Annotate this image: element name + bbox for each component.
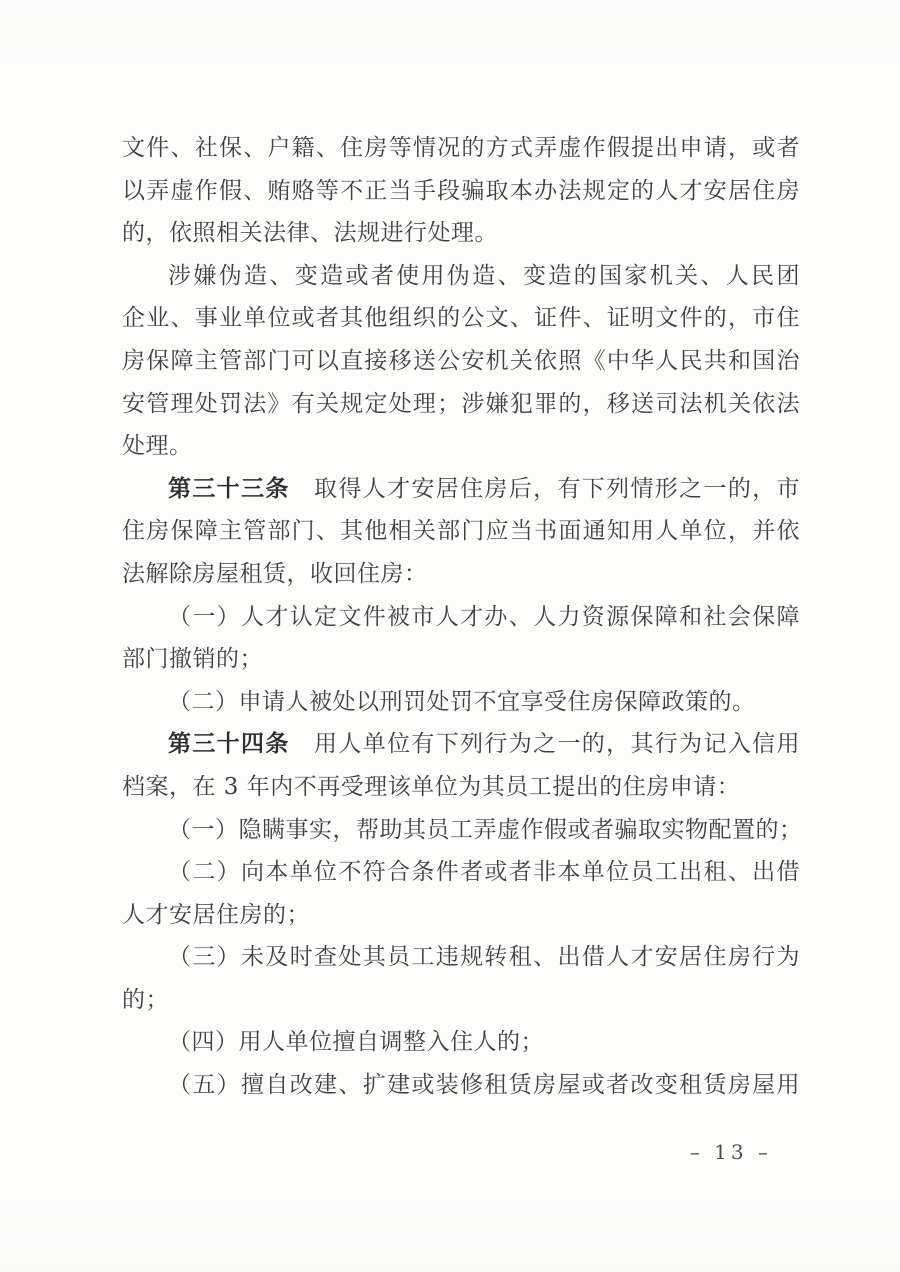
line-text: 取得人才安居住房后，有下列情形之一的，市 bbox=[290, 476, 800, 502]
text-line: 第三十四条 用人单位有下列行为之一的，其行为记入信用 bbox=[122, 723, 800, 766]
line-text: 部门撤销的； bbox=[122, 646, 263, 672]
text-line: 人才安居住房的； bbox=[122, 894, 800, 937]
line-text: 文件、社保、户籍、住房等情况的方式弄虚作假提出申请，或者 bbox=[122, 135, 800, 161]
text-line: 安管理处罚法》有关规定处理；涉嫌犯罪的，移送司法机关依法 bbox=[122, 383, 800, 426]
text-line: （一）人才认定文件被市人才办、人力资源保障和社会保障 bbox=[122, 596, 800, 639]
text-line: 处理。 bbox=[122, 425, 800, 468]
text-line: 部门撤销的； bbox=[122, 638, 800, 681]
line-text: 企业、事业单位或者其他组织的公文、证件、证明文件的，市住 bbox=[122, 305, 800, 331]
line-text: 档案，在 3 年内不再受理该单位为其员工提出的住房申请： bbox=[122, 774, 740, 800]
line-text: （四）用人单位擅自调整入住人的； bbox=[168, 1029, 544, 1055]
line-text: 的，依照相关法律、法规进行处理。 bbox=[122, 220, 498, 246]
line-text: （一）隐瞒事实，帮助其员工弄虚作假或者骗取实物配置的； bbox=[168, 817, 803, 843]
line-text: 房保障主管部门可以直接移送公安机关依照《中华人民共和国治 bbox=[122, 348, 800, 374]
text-line: （二）申请人被处以刑罚处罚不宜享受住房保障政策的。 bbox=[122, 681, 800, 724]
line-text: （五）擅自改建、扩建或装修租赁房屋或者改变租赁房屋用 bbox=[168, 1072, 800, 1098]
line-text: （二）向本单位不符合条件者或者非本单位员工出租、出借 bbox=[168, 859, 800, 885]
line-text: （三）未及时查处其员工违规转租、出借人才安居住房行为 bbox=[168, 944, 800, 970]
text-line: （三）未及时查处其员工违规转租、出借人才安居住房行为 bbox=[122, 936, 800, 979]
line-text: 处理。 bbox=[122, 433, 193, 459]
line-text: 的； bbox=[122, 987, 169, 1013]
text-line: 的； bbox=[122, 979, 800, 1022]
text-line: 住房保障主管部门、其他相关部门应当书面通知用人单位，并依 bbox=[122, 510, 800, 553]
text-line: 文件、社保、户籍、住房等情况的方式弄虚作假提出申请，或者 bbox=[122, 127, 800, 170]
page-number: – 13 – bbox=[690, 1140, 772, 1164]
line-text: （一）人才认定文件被市人才办、人力资源保障和社会保障 bbox=[168, 604, 800, 630]
text-line: 法解除房屋租赁，收回住房： bbox=[122, 553, 800, 596]
text-line: 档案，在 3 年内不再受理该单位为其员工提出的住房申请： bbox=[122, 766, 800, 809]
text-line: 以弄虚作假、贿赂等不正当手段骗取本办法规定的人才安居住房 bbox=[122, 170, 800, 213]
text-line: 第三十三条 取得人才安居住房后，有下列情形之一的，市 bbox=[122, 468, 800, 511]
document-body: 文件、社保、户籍、住房等情况的方式弄虚作假提出申请，或者以弄虚作假、贿赂等不正当… bbox=[122, 127, 800, 1107]
text-line: 房保障主管部门可以直接移送公安机关依照《中华人民共和国治 bbox=[122, 340, 800, 383]
line-text: 住房保障主管部门、其他相关部门应当书面通知用人单位，并依 bbox=[122, 518, 800, 544]
text-line: （五）擅自改建、扩建或装修租赁房屋或者改变租赁房屋用 bbox=[122, 1064, 800, 1107]
article-heading: 第三十三条 bbox=[168, 476, 290, 502]
line-text: 安管理处罚法》有关规定处理；涉嫌犯罪的，移送司法机关依法 bbox=[122, 391, 800, 417]
text-line: 的，依照相关法律、法规进行处理。 bbox=[122, 212, 800, 255]
article-heading: 第三十四条 bbox=[168, 731, 290, 757]
line-text: 人才安居住房的； bbox=[122, 902, 310, 928]
text-line: 企业、事业单位或者其他组织的公文、证件、证明文件的，市住 bbox=[122, 297, 800, 340]
text-line: （四）用人单位擅自调整入住人的； bbox=[122, 1021, 800, 1064]
line-text: 法解除房屋租赁，收回住房： bbox=[122, 561, 428, 587]
document-page: 文件、社保、户籍、住房等情况的方式弄虚作假提出申请，或者以弄虚作假、贿赂等不正当… bbox=[0, 0, 900, 1272]
line-text: 以弄虚作假、贿赂等不正当手段骗取本办法规定的人才安居住房 bbox=[122, 178, 800, 204]
line-text: （二）申请人被处以刑罚处罚不宜享受住房保障政策的。 bbox=[168, 689, 756, 715]
text-line: （一）隐瞒事实，帮助其员工弄虚作假或者骗取实物配置的； bbox=[122, 809, 800, 852]
text-line: 涉嫌伪造、变造或者使用伪造、变造的国家机关、人民团体、 bbox=[122, 255, 800, 298]
text-line: （二）向本单位不符合条件者或者非本单位员工出租、出借 bbox=[122, 851, 800, 894]
line-text: 涉嫌伪造、变造或者使用伪造、变造的国家机关、人民团体、 bbox=[122, 263, 800, 298]
line-text: 用人单位有下列行为之一的，其行为记入信用 bbox=[290, 731, 800, 757]
